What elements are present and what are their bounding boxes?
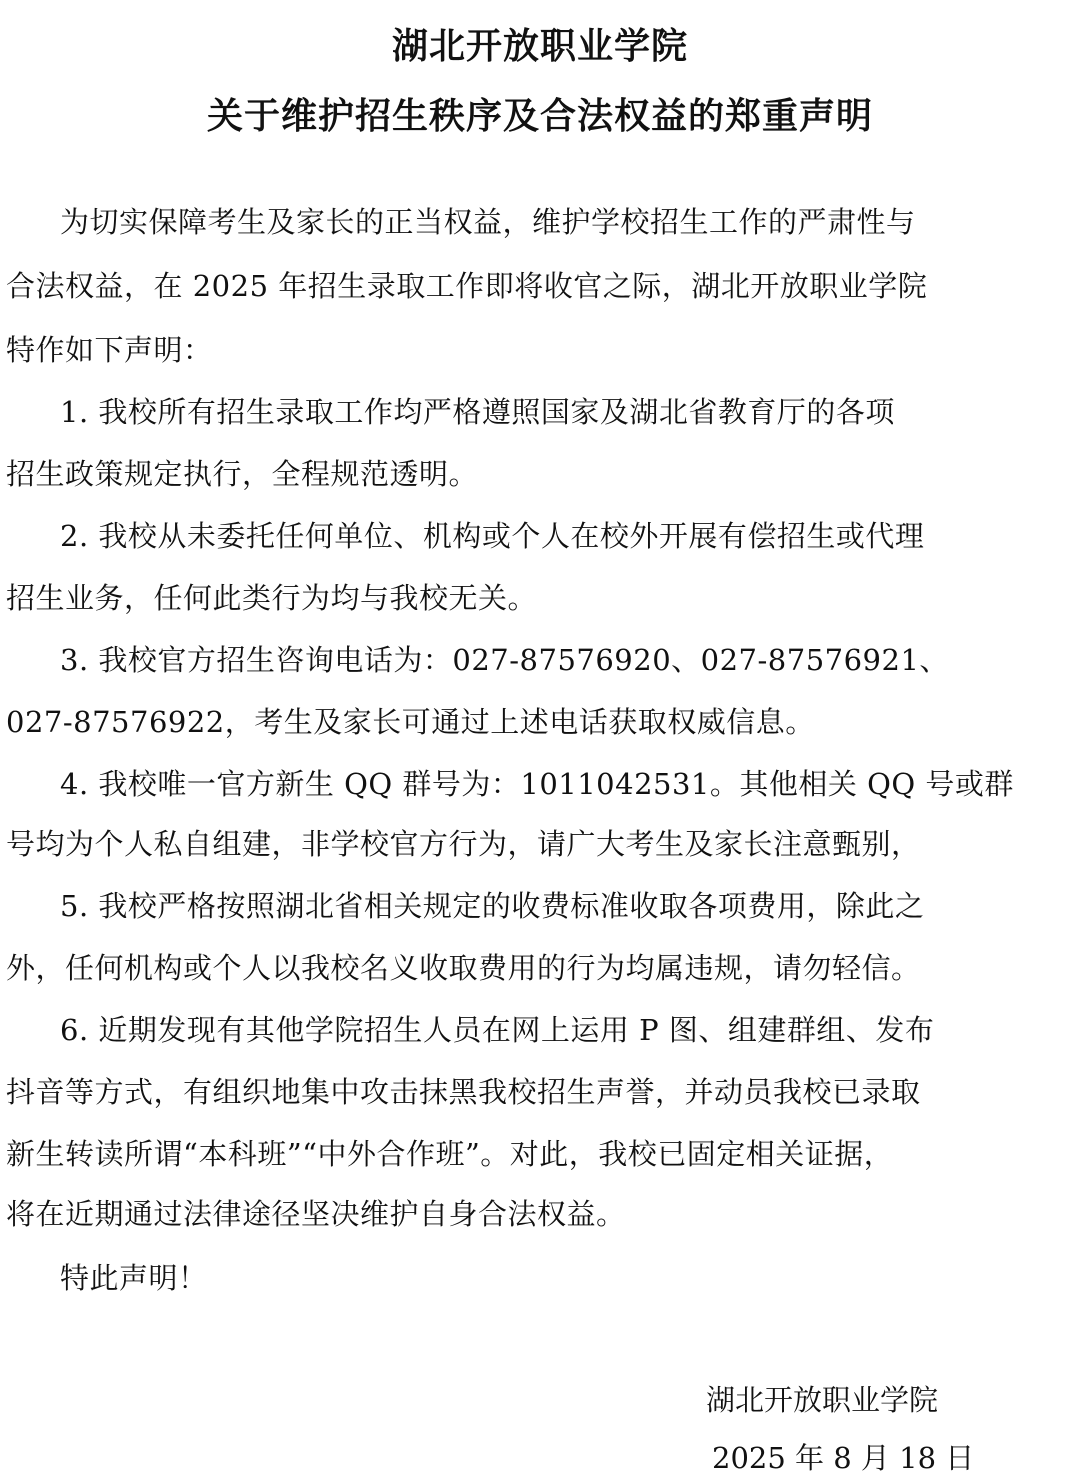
intro-line-1: 为切实保障考生及家长的正当权益，维护学校招生工作的严肃性与 xyxy=(60,200,916,241)
closing-line: 特此声明！ xyxy=(60,1256,208,1297)
item-5-line-1: 5. 我校严格按照湖北省相关规定的收费标准收取各项费用，除此之 xyxy=(60,884,924,925)
signature-date: 2025 年 8 月 18 日 xyxy=(712,1436,974,1477)
item-1-line-1: 1. 我校所有招生录取工作均严格遵照国家及湖北省教育厅的各项 xyxy=(60,390,895,431)
intro-line-3: 特作如下声明： xyxy=(6,328,213,369)
item-2-line-1: 2. 我校从未委托任何单位、机构或个人在校外开展有偿招生或代理 xyxy=(60,514,924,555)
item-3-line-2: 027-87576922，考生及家长可通过上述电话获取权威信息。 xyxy=(6,700,815,741)
item-3-line-1: 3. 我校官方招生咨询电话为：027-87576920、027-87576921… xyxy=(60,638,949,679)
signature-org: 湖北开放职业学院 xyxy=(706,1378,938,1419)
item-2-line-2: 招生业务，任何此类行为均与我校无关。 xyxy=(6,576,537,617)
item-6-line-2: 抖音等方式，有组织地集中攻击抹黑我校招生声誉，并动员我校已录取 xyxy=(6,1070,921,1111)
document-title-school: 湖北开放职业学院 xyxy=(0,18,1080,69)
item-6-line-4: 将在近期通过法律途径坚决维护自身合法权益。 xyxy=(6,1192,626,1233)
item-5-line-2: 外，任何机构或个人以我校名义收取费用的行为均属违规，请勿轻信。 xyxy=(6,946,921,987)
item-6-line-1: 6. 近期发现有其他学院招生人员在网上运用 P 图、组建群组、发布 xyxy=(60,1008,934,1049)
intro-line-2: 合法权益，在 2025 年招生录取工作即将收官之际，湖北开放职业学院 xyxy=(6,264,927,305)
item-6-line-3: 新生转读所谓“本科班”“中外合作班”。对此，我校已固定相关证据， xyxy=(6,1132,893,1173)
item-1-line-2: 招生政策规定执行，全程规范透明。 xyxy=(6,452,478,493)
item-4-line-2: 号均为个人私自组建，非学校官方行为，请广大考生及家长注意甄别， xyxy=(6,822,921,863)
document-title-statement: 关于维护招生秩序及合法权益的郑重声明 xyxy=(0,88,1080,139)
item-4-line-1: 4. 我校唯一官方新生 QQ 群号为：1011042531。其他相关 QQ 号或… xyxy=(60,762,1014,803)
